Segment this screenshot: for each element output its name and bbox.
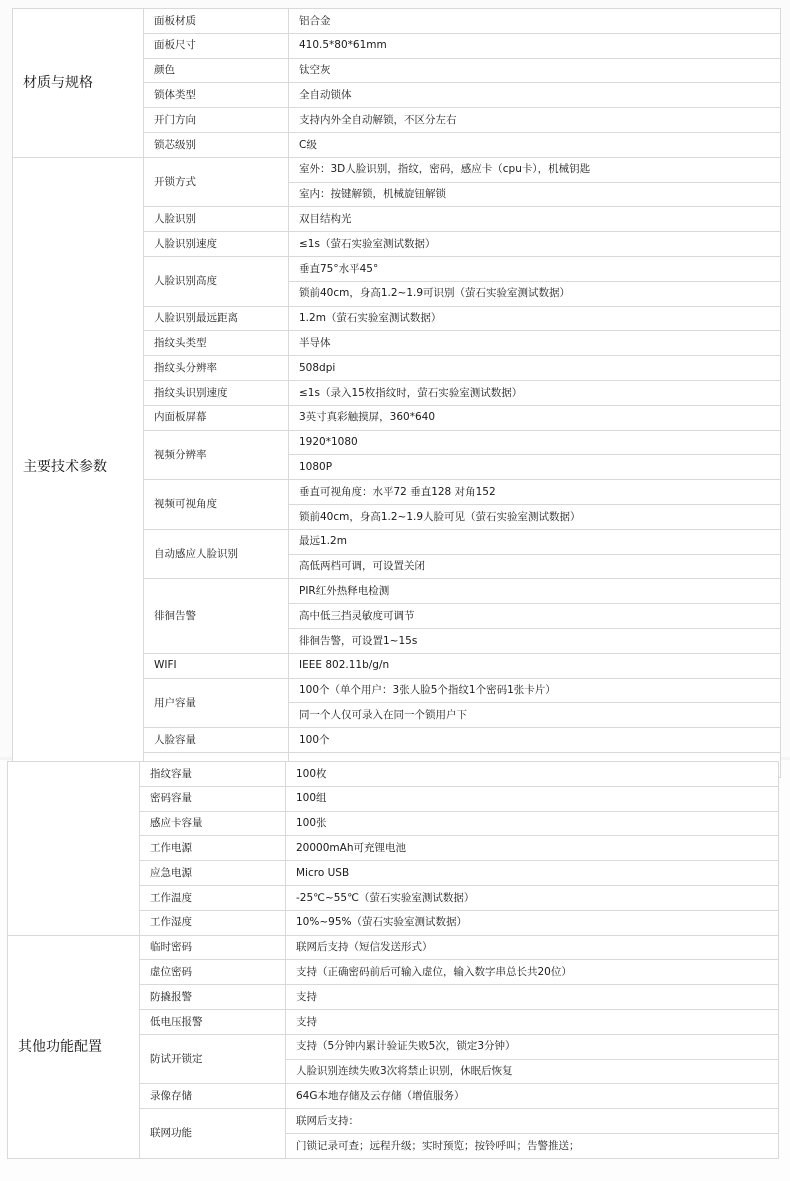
param-name: 人脸识别最远距离 [144, 306, 289, 331]
param-value: 64G本地存储及云存储（增值服务） [286, 1084, 779, 1109]
param-name: 颜色 [144, 58, 289, 83]
param-name: 开锁方式 [144, 157, 289, 207]
param-value: 铝合金 [289, 9, 781, 34]
spec-table: 指纹容量100枚密码容量100组感应卡容量100张工作电源20000mAh可充锂… [7, 761, 779, 1159]
param-value: 支持 [286, 985, 779, 1010]
param-value: 门锁记录可查；远程升级；实时预览；按铃呼叫；告警推送； [286, 1133, 779, 1158]
category-label-other: 其他功能配置 [8, 935, 140, 1158]
param-value: ≤1s（萤石实验室测试数据） [289, 232, 781, 257]
param-value: 垂直可视角度：水平72 垂直128 对角152 [289, 480, 781, 505]
category-cell-continued [8, 762, 140, 936]
param-name: 指纹头识别速度 [144, 380, 289, 405]
param-name: 指纹头分辨率 [144, 356, 289, 381]
param-value: 半导体 [289, 331, 781, 356]
param-name: 开门方向 [144, 108, 289, 133]
category-label-tech: 主要技术参数 [13, 157, 144, 777]
param-name: 工作电源 [140, 836, 286, 861]
param-name: 视频可视角度 [144, 480, 289, 530]
param-name: 感应卡容量 [140, 811, 286, 836]
param-value: 100张 [286, 811, 779, 836]
table-row: 其他功能配置临时密码联网后支持（短信发送形式） [8, 935, 779, 960]
category-label-material: 材质与规格 [13, 9, 144, 158]
param-value: 100个（单个用户：3张人脸5个指纹1个密码1张卡片） [289, 678, 781, 703]
param-value: 锁前40cm，身高1.2~1.9人脸可见（萤石实验室测试数据） [289, 504, 781, 529]
spec-table-upper: 材质与规格面板材质铝合金面板尺寸410.5*80*61mm颜色钛空灰锁体类型全自… [12, 8, 781, 778]
table-row: 指纹容量100枚 [8, 762, 779, 787]
param-value: 支持（5分钟内累计验证失败5次，锁定3分钟） [286, 1034, 779, 1059]
param-name: 内面板屏幕 [144, 405, 289, 430]
param-value: 3英寸真彩触摸屏，360*640 [289, 405, 781, 430]
param-value: 垂直75°水平45° [289, 256, 781, 281]
param-name: WIFI [144, 653, 289, 678]
spec-table: 材质与规格面板材质铝合金面板尺寸410.5*80*61mm颜色钛空灰锁体类型全自… [12, 8, 781, 778]
param-value: C级 [289, 132, 781, 157]
param-value: 1080P [289, 455, 781, 480]
param-value: PIR红外热释电检测 [289, 579, 781, 604]
param-name: 徘徊告警 [144, 579, 289, 653]
param-value: 支持（正确密码前后可输入虚位，输入数字串总长共20位） [286, 960, 779, 985]
param-value: 徘徊告警，可设置1~15s [289, 628, 781, 653]
param-value: 高中低三挡灵敏度可调节 [289, 604, 781, 629]
param-value: ≤1s（录入15枚指纹时，萤石实验室测试数据） [289, 380, 781, 405]
param-value: 联网后支持： [286, 1109, 779, 1134]
param-value: 100个 [289, 728, 781, 753]
param-name: 自动感应人脸识别 [144, 529, 289, 579]
param-value: 联网后支持（短信发送形式） [286, 935, 779, 960]
param-value: 人脸识别连续失败3次将禁止识别，休眠后恢复 [286, 1059, 779, 1084]
param-value: 支持内外全自动解锁，不区分左右 [289, 108, 781, 133]
param-name: 用户容量 [144, 678, 289, 728]
param-value: 410.5*80*61mm [289, 33, 781, 58]
param-name: 人脸识别高度 [144, 256, 289, 306]
param-name: 应急电源 [140, 861, 286, 886]
param-value: 1.2m（萤石实验室测试数据） [289, 306, 781, 331]
param-name: 密码容量 [140, 786, 286, 811]
param-value: 双目结构光 [289, 207, 781, 232]
param-name: 防撬报警 [140, 985, 286, 1010]
param-name: 视频分辨率 [144, 430, 289, 480]
param-value: 支持 [286, 1009, 779, 1034]
param-name: 指纹头类型 [144, 331, 289, 356]
param-name: 人脸容量 [144, 728, 289, 753]
param-value: IEEE 802.11b/g/n [289, 653, 781, 678]
param-name: 临时密码 [140, 935, 286, 960]
param-value: 锁前40cm，身高1.2~1.9可识别（萤石实验室测试数据） [289, 281, 781, 306]
param-value: 100枚 [286, 762, 779, 787]
param-name: 面板尺寸 [144, 33, 289, 58]
param-name: 低电压报警 [140, 1009, 286, 1034]
param-value: 508dpi [289, 356, 781, 381]
param-value: Micro USB [286, 861, 779, 886]
param-name: 锁芯级别 [144, 132, 289, 157]
param-name: 联网功能 [140, 1109, 286, 1159]
param-name: 面板材质 [144, 9, 289, 34]
param-value: 室外：3D人脸识别，指纹，密码，感应卡（cpu卡），机械钥匙 [289, 157, 781, 182]
param-value: -25℃~55℃（萤石实验室测试数据） [286, 885, 779, 910]
param-value: 1920*1080 [289, 430, 781, 455]
param-value: 钛空灰 [289, 58, 781, 83]
param-name: 锁体类型 [144, 83, 289, 108]
table-row: 材质与规格面板材质铝合金 [13, 9, 781, 34]
param-value: 同一个人仅可录入在同一个锁用户下 [289, 703, 781, 728]
param-value: 20000mAh可充锂电池 [286, 836, 779, 861]
table-row: 主要技术参数开锁方式室外：3D人脸识别，指纹，密码，感应卡（cpu卡），机械钥匙 [13, 157, 781, 182]
param-name: 虚位密码 [140, 960, 286, 985]
param-value: 高低两档可调，可设置关闭 [289, 554, 781, 579]
param-name: 人脸识别 [144, 207, 289, 232]
param-name: 录像存储 [140, 1084, 286, 1109]
param-value: 最远1.2m [289, 529, 781, 554]
param-name: 指纹容量 [140, 762, 286, 787]
param-value: 10%~95%（萤石实验室测试数据） [286, 910, 779, 935]
param-value: 室内：按键解锁，机械旋钮解锁 [289, 182, 781, 207]
spec-table-lower: 指纹容量100枚密码容量100组感应卡容量100张工作电源20000mAh可充锂… [7, 761, 779, 1159]
param-value: 100组 [286, 786, 779, 811]
param-value: 全自动锁体 [289, 83, 781, 108]
param-name: 防试开锁定 [140, 1034, 286, 1084]
param-name: 工作温度 [140, 885, 286, 910]
param-name: 工作湿度 [140, 910, 286, 935]
param-name: 人脸识别速度 [144, 232, 289, 257]
